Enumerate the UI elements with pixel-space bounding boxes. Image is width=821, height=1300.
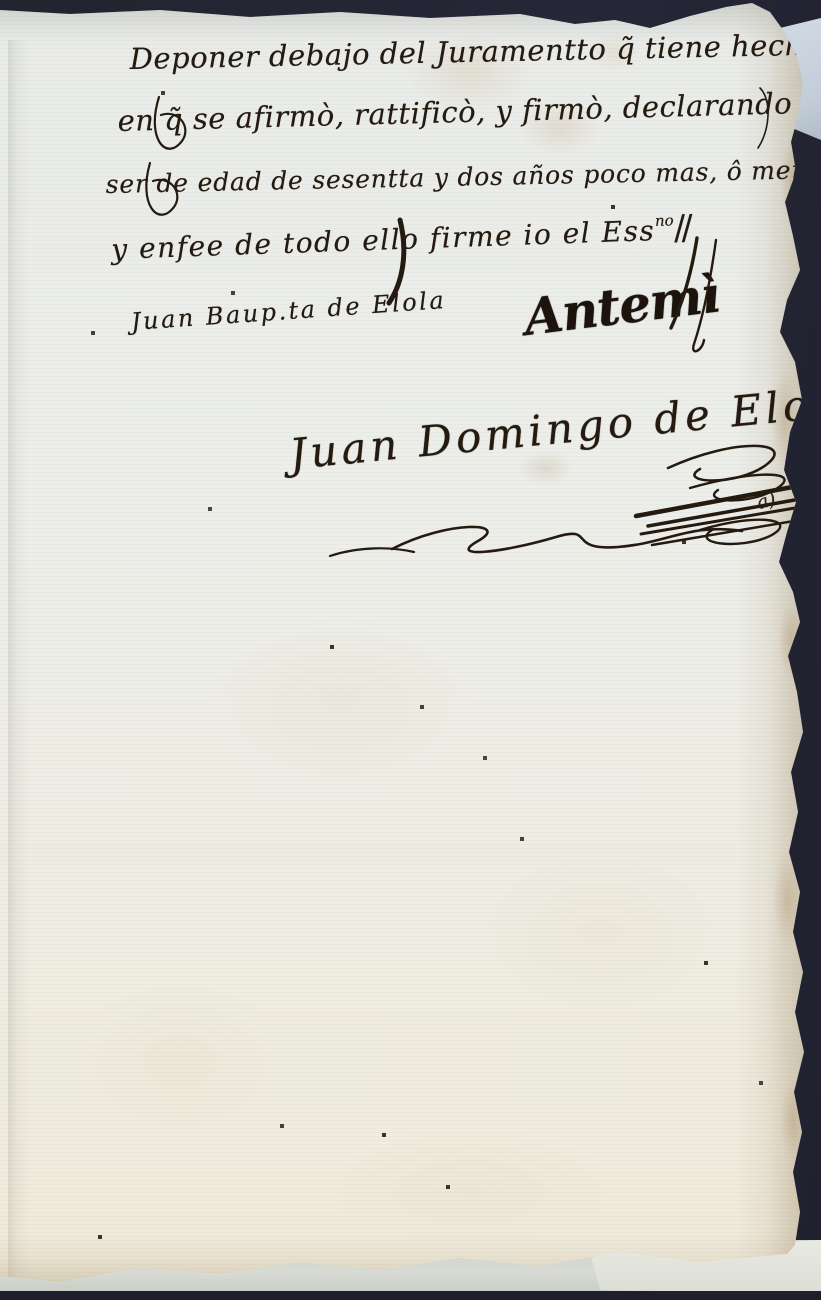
book-edge-shadow	[0, 1291, 821, 1300]
manuscript-scan: Deponer debajo del Juramentto q̃ tiene h…	[0, 0, 821, 1300]
ink-specks	[0, 0, 2, 2]
signature-rubric-flourishes	[0, 0, 821, 1300]
manuscript-page: Deponer debajo del Juramentto q̃ tiene h…	[0, 0, 821, 1300]
